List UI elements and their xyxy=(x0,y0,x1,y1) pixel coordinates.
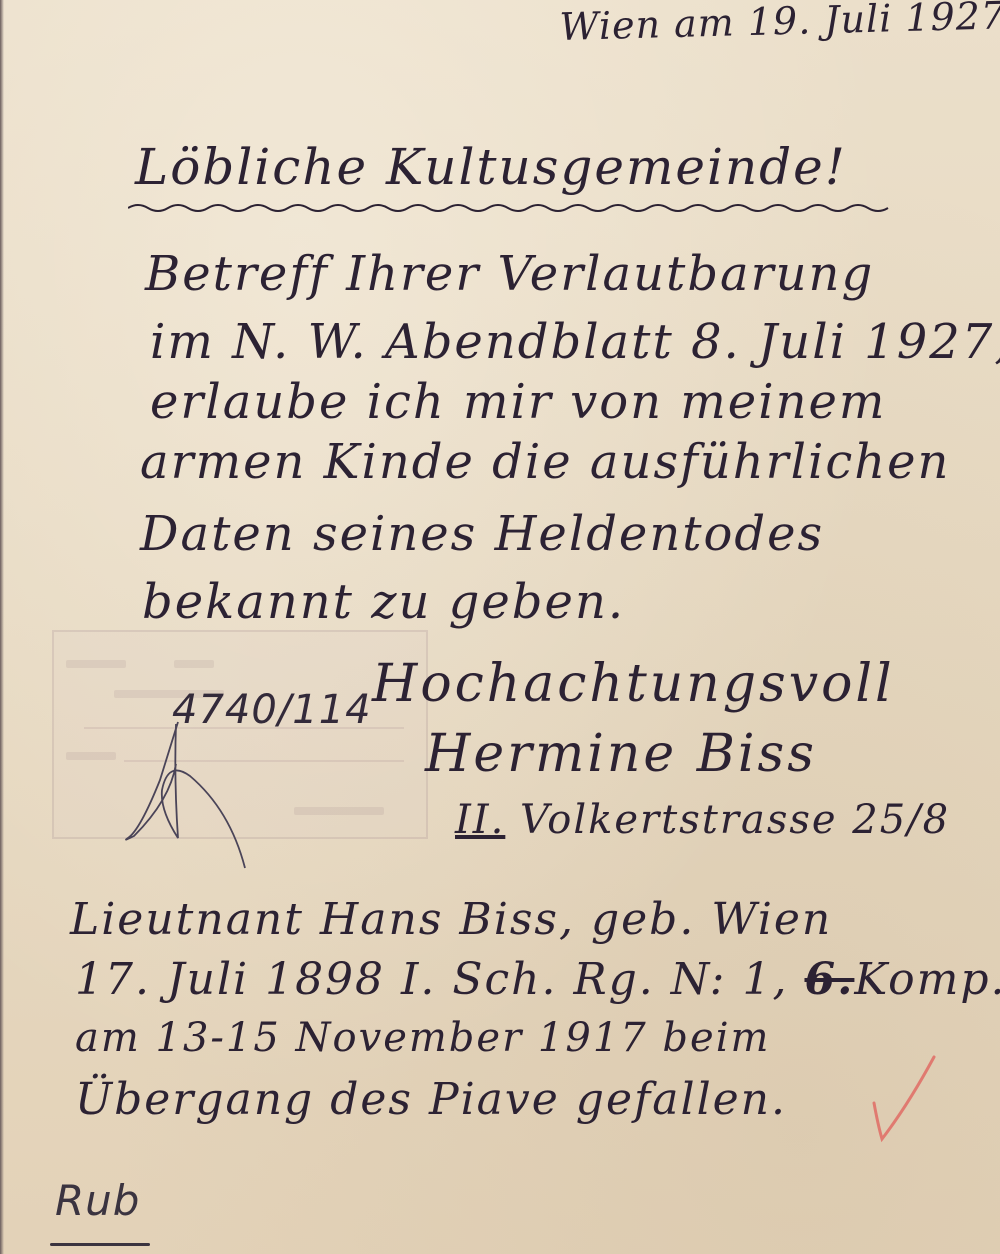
initials-underline xyxy=(50,1243,150,1246)
postscript-line: Übergang des Piave gefallen. xyxy=(75,1078,787,1122)
postscript-line: Lieutnant Hans Biss, geb. Wien xyxy=(70,898,832,942)
postscript-line: 17. Juli 1898 I. Sch. Rg. N: 1, 6.Komp. xyxy=(75,958,1000,1002)
postscript-text: 17. Juli 1898 I. Sch. Rg. N: 1, xyxy=(75,954,788,1005)
body-line: bekannt zu geben. xyxy=(142,578,625,626)
place-date: Wien am 19. Juli 1927 xyxy=(559,0,1000,46)
stamp-text xyxy=(66,660,126,668)
body-line: armen Kinde die ausführlichen xyxy=(140,438,950,486)
red-check-icon xyxy=(868,1055,938,1145)
signature: Hermine Biss xyxy=(425,728,817,780)
body-line: Betreff Ihrer Verlautbarung xyxy=(145,250,874,298)
body-line: Daten seines Heldentodes xyxy=(140,510,824,558)
company-label: Komp. xyxy=(854,954,1000,1005)
body-line: erlaube ich mir von meinem xyxy=(150,378,886,426)
wavy-underline xyxy=(128,200,898,216)
sender-address: II. Volkertstrasse 25/8 xyxy=(455,800,950,840)
stamp-text xyxy=(174,660,214,668)
crossed-company-number: 6. xyxy=(804,954,854,1005)
filing-initials: Rub xyxy=(55,1180,140,1222)
letter-page: Wien am 19. Juli 1927 Löbliche Kultusgem… xyxy=(0,0,1000,1254)
body-line: im N. W. Abendblatt 8. Juli 1927, xyxy=(150,318,1000,366)
scan-edge xyxy=(0,0,4,1254)
address-street: Volkertstrasse 25/8 xyxy=(520,797,950,843)
stamp-text xyxy=(294,807,384,815)
postscript-line: am 13-15 November 1917 beim xyxy=(75,1018,770,1058)
salutation: Löbliche Kultusgemeinde! xyxy=(135,142,847,192)
complimentary-close: Hochachtungsvoll xyxy=(372,658,895,710)
stamp-text xyxy=(66,752,116,760)
address-district: II. xyxy=(455,797,505,843)
pencil-initial-mark xyxy=(120,720,280,870)
